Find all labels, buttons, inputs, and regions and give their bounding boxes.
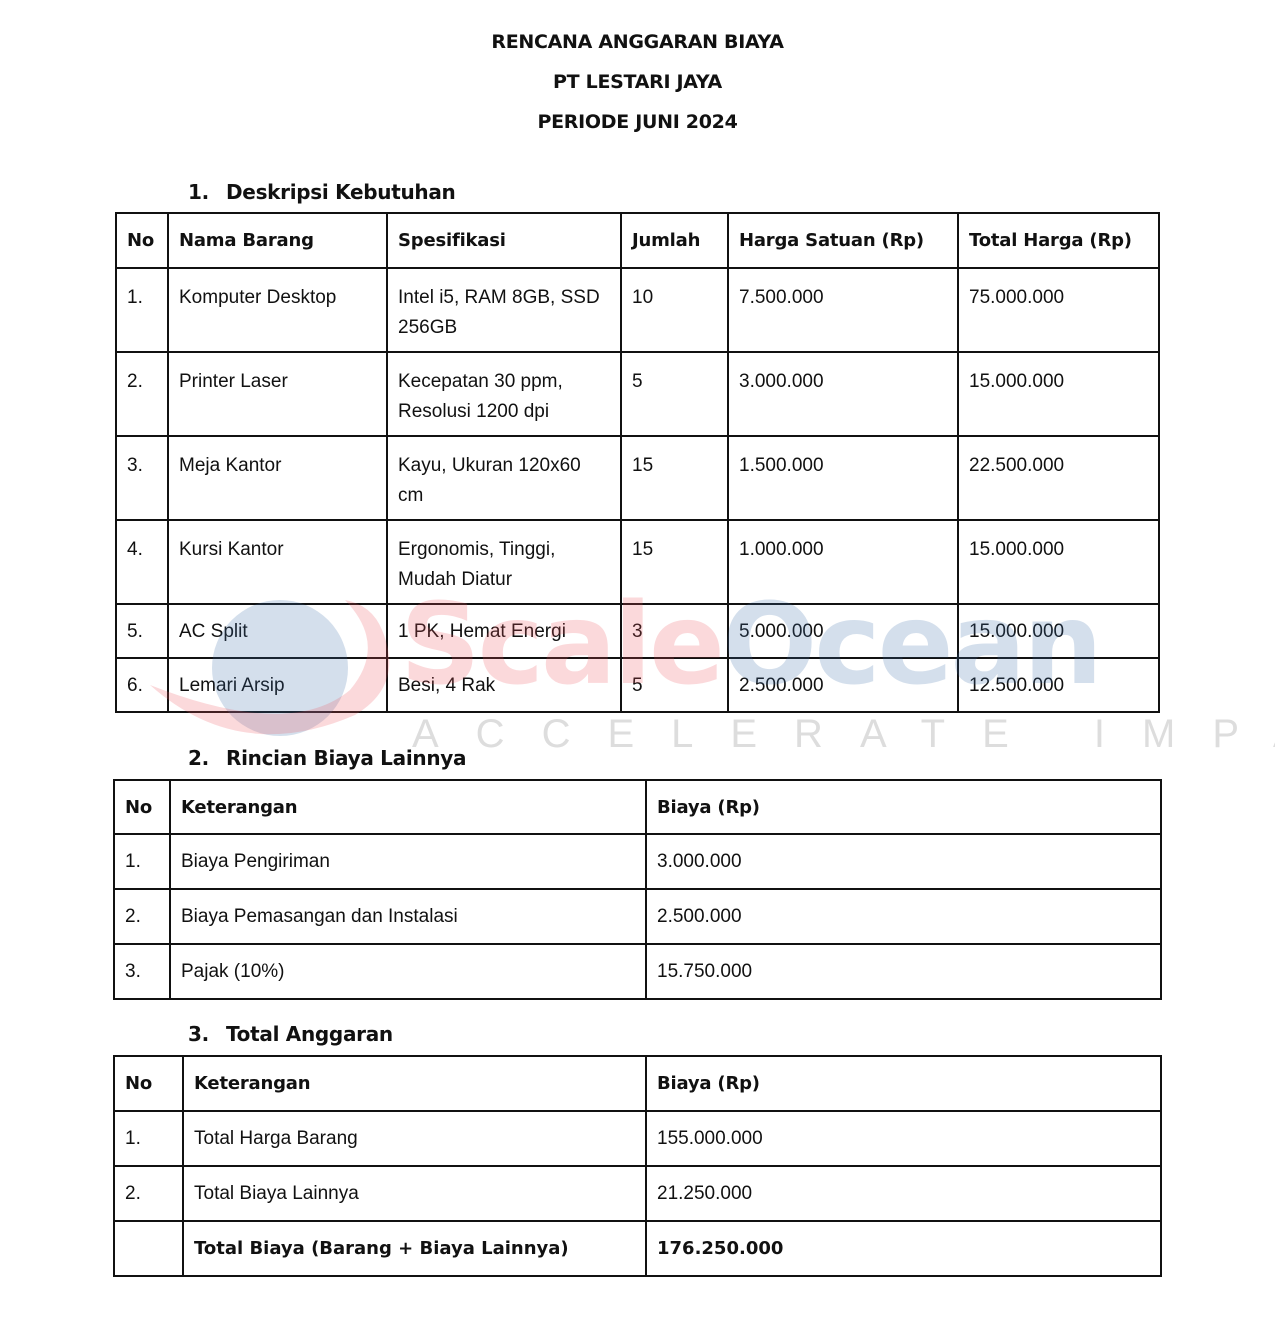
column-header-cost: Biaya (Rp) bbox=[646, 780, 1161, 834]
cell-item-name: Lemari Arsip bbox=[168, 658, 387, 712]
cell-specification: 1 PK, Hemat Energi bbox=[387, 604, 621, 658]
cell-no: 3. bbox=[116, 436, 168, 520]
table-row: 1. Total Harga Barang 155.000.000 bbox=[114, 1111, 1161, 1166]
section-2-title: 2. Rincian Biaya Lainnya bbox=[188, 746, 466, 770]
column-header-description: Keterangan bbox=[183, 1056, 646, 1111]
column-header-no: No bbox=[114, 780, 170, 834]
cell-total-price: 12.500.000 bbox=[958, 658, 1159, 712]
cell-no: 5. bbox=[116, 604, 168, 658]
table-row: 1. Komputer Desktop Intel i5, RAM 8GB, S… bbox=[116, 268, 1159, 352]
cell-no: 2. bbox=[114, 1166, 183, 1221]
cell-quantity: 15 bbox=[621, 436, 728, 520]
table-row: 5. AC Split 1 PK, Hemat Energi 3 5.000.0… bbox=[116, 604, 1159, 658]
cell-unit-price: 5.000.000 bbox=[728, 604, 958, 658]
table-header-row: No Nama Barang Spesifikasi Jumlah Harga … bbox=[116, 213, 1159, 268]
cell-cost: 155.000.000 bbox=[646, 1111, 1161, 1166]
cell-specification: Intel i5, RAM 8GB, SSD 256GB bbox=[387, 268, 621, 352]
watermark-tagline: ACCELERATE IMPACT bbox=[412, 712, 1275, 757]
document-header: RENCANA ANGGARAN BIAYA PT LESTARI JAYA P… bbox=[0, 26, 1275, 146]
table-row: 2. Biaya Pemasangan dan Instalasi 2.500.… bbox=[114, 889, 1161, 944]
cell-quantity: 15 bbox=[621, 520, 728, 604]
cell-quantity: 3 bbox=[621, 604, 728, 658]
cell-total-price: 22.500.000 bbox=[958, 436, 1159, 520]
cell-description: Biaya Pemasangan dan Instalasi bbox=[170, 889, 646, 944]
cell-specification: Kayu, Ukuran 120x60 cm bbox=[387, 436, 621, 520]
section-3-title: 3. Total Anggaran bbox=[188, 1022, 393, 1046]
cell-no: 1. bbox=[116, 268, 168, 352]
column-header-quantity: Jumlah bbox=[621, 213, 728, 268]
table-row: 3. Pajak (10%) 15.750.000 bbox=[114, 944, 1161, 999]
cell-item-name: AC Split bbox=[168, 604, 387, 658]
cell-item-name: Meja Kantor bbox=[168, 436, 387, 520]
period-label: PERIODE JUNI 2024 bbox=[0, 106, 1275, 146]
cell-unit-price: 3.000.000 bbox=[728, 352, 958, 436]
grand-total-label: Total Biaya (Barang + Biaya Lainnya) bbox=[183, 1221, 646, 1276]
cell-item-name: Komputer Desktop bbox=[168, 268, 387, 352]
column-header-total-price: Total Harga (Rp) bbox=[958, 213, 1159, 268]
section-number: 1. bbox=[188, 180, 226, 204]
cell-item-name: Printer Laser bbox=[168, 352, 387, 436]
column-header-specification: Spesifikasi bbox=[387, 213, 621, 268]
cell-cost: 3.000.000 bbox=[646, 834, 1161, 889]
cell-no: 4. bbox=[116, 520, 168, 604]
cell-cost: 2.500.000 bbox=[646, 889, 1161, 944]
cell-total-price: 15.000.000 bbox=[958, 604, 1159, 658]
table-header-row: No Keterangan Biaya (Rp) bbox=[114, 1056, 1161, 1111]
needs-description-table: No Nama Barang Spesifikasi Jumlah Harga … bbox=[115, 212, 1160, 713]
grand-total-row: Total Biaya (Barang + Biaya Lainnya) 176… bbox=[114, 1221, 1161, 1276]
cell-quantity: 5 bbox=[621, 352, 728, 436]
table-row: 2. Total Biaya Lainnya 21.250.000 bbox=[114, 1166, 1161, 1221]
section-number: 2. bbox=[188, 746, 226, 770]
section-label: Rincian Biaya Lainnya bbox=[226, 746, 466, 770]
cell-unit-price: 1.500.000 bbox=[728, 436, 958, 520]
cell-total-price: 75.000.000 bbox=[958, 268, 1159, 352]
column-header-description: Keterangan bbox=[170, 780, 646, 834]
cell-no: 1. bbox=[114, 1111, 183, 1166]
cell-specification: Kecepatan 30 ppm, Resolusi 1200 dpi bbox=[387, 352, 621, 436]
cell-unit-price: 7.500.000 bbox=[728, 268, 958, 352]
section-1-title: 1. Deskripsi Kebutuhan bbox=[188, 180, 455, 204]
cell-specification: Ergonomis, Tinggi, Mudah Diatur bbox=[387, 520, 621, 604]
section-label: Deskripsi Kebutuhan bbox=[226, 180, 455, 204]
column-header-no: No bbox=[116, 213, 168, 268]
document-title: RENCANA ANGGARAN BIAYA bbox=[0, 26, 1275, 66]
section-label: Total Anggaran bbox=[226, 1022, 393, 1046]
cell-no: 3. bbox=[114, 944, 170, 999]
cell-total-price: 15.000.000 bbox=[958, 520, 1159, 604]
cell-cost: 21.250.000 bbox=[646, 1166, 1161, 1221]
cell-no: 2. bbox=[114, 889, 170, 944]
cell-no: 6. bbox=[116, 658, 168, 712]
cell-description: Total Biaya Lainnya bbox=[183, 1166, 646, 1221]
cell-no: 1. bbox=[114, 834, 170, 889]
total-budget-table: No Keterangan Biaya (Rp) 1. Total Harga … bbox=[113, 1055, 1162, 1277]
company-name: PT LESTARI JAYA bbox=[0, 66, 1275, 106]
table-row: 3. Meja Kantor Kayu, Ukuran 120x60 cm 15… bbox=[116, 436, 1159, 520]
cell-quantity: 10 bbox=[621, 268, 728, 352]
grand-total-value: 176.250.000 bbox=[646, 1221, 1161, 1276]
other-costs-table: No Keterangan Biaya (Rp) 1. Biaya Pengir… bbox=[113, 779, 1162, 1000]
column-header-cost: Biaya (Rp) bbox=[646, 1056, 1161, 1111]
cell-description: Pajak (10%) bbox=[170, 944, 646, 999]
cell-description: Total Harga Barang bbox=[183, 1111, 646, 1166]
cell-cost: 15.750.000 bbox=[646, 944, 1161, 999]
section-number: 3. bbox=[188, 1022, 226, 1046]
cell-unit-price: 1.000.000 bbox=[728, 520, 958, 604]
column-header-item-name: Nama Barang bbox=[168, 213, 387, 268]
cell-description: Biaya Pengiriman bbox=[170, 834, 646, 889]
table-row: 6. Lemari Arsip Besi, 4 Rak 5 2.500.000 … bbox=[116, 658, 1159, 712]
column-header-unit-price: Harga Satuan (Rp) bbox=[728, 213, 958, 268]
cell-no bbox=[114, 1221, 183, 1276]
cell-unit-price: 2.500.000 bbox=[728, 658, 958, 712]
cell-total-price: 15.000.000 bbox=[958, 352, 1159, 436]
column-header-no: No bbox=[114, 1056, 183, 1111]
cell-specification: Besi, 4 Rak bbox=[387, 658, 621, 712]
table-row: 2. Printer Laser Kecepatan 30 ppm, Resol… bbox=[116, 352, 1159, 436]
cell-item-name: Kursi Kantor bbox=[168, 520, 387, 604]
table-header-row: No Keterangan Biaya (Rp) bbox=[114, 780, 1161, 834]
cell-no: 2. bbox=[116, 352, 168, 436]
table-row: 1. Biaya Pengiriman 3.000.000 bbox=[114, 834, 1161, 889]
cell-quantity: 5 bbox=[621, 658, 728, 712]
table-row: 4. Kursi Kantor Ergonomis, Tinggi, Mudah… bbox=[116, 520, 1159, 604]
